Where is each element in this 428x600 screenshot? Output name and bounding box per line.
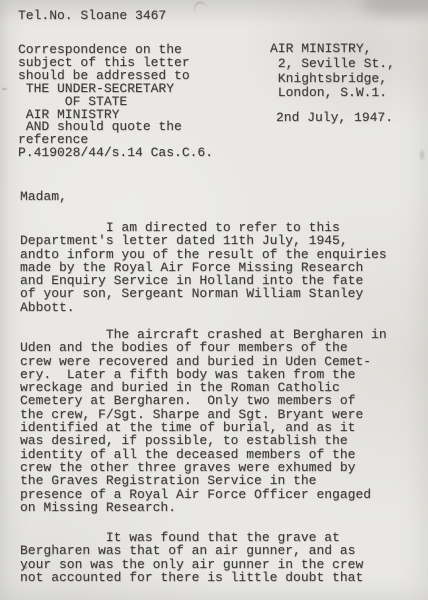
letter-paragraph: I am directed to refer to this Departmen… xyxy=(20,221,387,314)
letter-paragraph: It was found that the grave at Bergharen… xyxy=(20,531,363,584)
letter-date: 2nd July, 1947. xyxy=(276,111,393,124)
pencil-mark xyxy=(192,0,209,14)
correspondence-instructions: Correspondence on the subject of this le… xyxy=(18,44,213,160)
ink-fleck xyxy=(2,88,7,90)
sender-address: AIR MINISTRY, 2, Seville St., Knightsbri… xyxy=(270,42,395,101)
scan-smudge xyxy=(360,0,428,16)
salutation: Madam, xyxy=(20,190,67,203)
ink-fleck xyxy=(420,150,424,160)
letter-paragraph: The aircraft crashed at Bergharen in Ude… xyxy=(20,328,387,514)
telephone-line: Tel.No. Sloane 3467 xyxy=(18,9,166,22)
scanned-letter-page: Tel.No. Sloane 3467 Correspondence on th… xyxy=(0,0,428,600)
